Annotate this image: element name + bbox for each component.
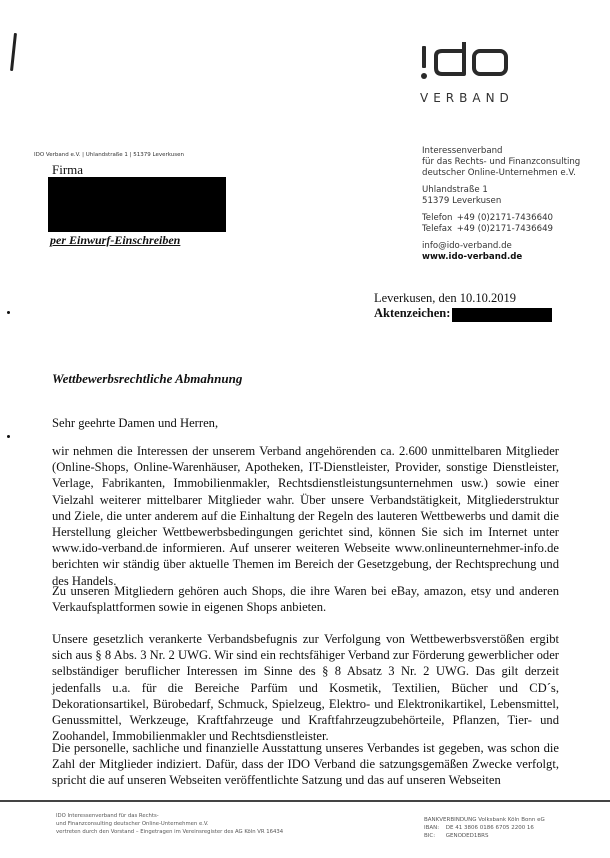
reference-label: Aktenzeichen: [374,306,450,321]
street: Uhlandstraße 1 [422,185,580,196]
org-line: deutscher Online-Unternehmen e.V. [422,168,580,179]
letterhead-contact: Interessenverband für das Rechts- und Fi… [422,146,580,263]
footer-divider [0,800,610,802]
city: 51379 Leverkusen [422,196,580,207]
date-line: Leverkusen, den 10.10.2019 [374,291,516,306]
phone-number: +49 (0)2171-7436640 [457,213,553,223]
paragraph: Unsere gesetzlich verankerte Verbandsbef… [52,631,559,744]
bank-row: BANKVERBINDUNG Volksbank Köln Bonn eG [424,816,545,824]
fax-label: Telefax [422,224,454,235]
bank-label: BANKVERBINDUNG [424,817,476,823]
email: info@ido-verband.de [422,241,580,252]
bank-name: Volksbank Köln Bonn eG [478,817,545,823]
paragraph: Die personelle, sachliche und finanziell… [52,740,559,789]
recipient-label: Firma [52,162,83,178]
org-line: für das Rechts- und Finanzconsulting [422,157,580,168]
redacted-recipient-address [48,177,226,232]
paragraph: wir nehmen die Interessen der unserem Ve… [52,443,559,589]
scan-dot [7,435,10,438]
bic-label: BIC: [424,832,444,840]
letter-subject: Wettbewerbsrechtliche Abmahnung [52,371,242,387]
logo-subtitle: VERBAND [420,91,540,105]
ido-logo-mark-icon [420,40,515,82]
paragraph: Zu unseren Mitgliedern gehören auch Shop… [52,583,559,615]
footer-org-info: IDO Interessenverband für das Rechts- un… [56,812,283,836]
website: www.ido-verband.de [422,252,580,263]
bic-row: BIC: GENODED1BRS [424,832,545,840]
iban-value: DE 41 3806 0186 6705 2200 16 [446,825,534,831]
phone-label: Telefon [422,213,454,224]
footer-line: IDO Interessenverband für das Rechts- [56,812,283,820]
scan-dot [7,311,10,314]
redacted-reference [452,308,552,322]
ido-logo: VERBAND [420,40,540,105]
footer-line: vertreten durch den Vorstand – Eingetrag… [56,828,283,836]
greeting: Sehr geehrte Damen und Herren, [52,415,559,431]
iban-row: IBAN: DE 41 3806 0186 6705 2200 16 [424,824,545,832]
phone-row: Telefon +49 (0)2171-7436640 [422,213,580,224]
scan-pen-mark [10,33,17,71]
iban-label: IBAN: [424,824,444,832]
fax-row: Telefax +49 (0)2171-7436649 [422,224,580,235]
sender-return-address: IDO Verband e.V. | Uhlandstraße 1 | 5137… [34,152,184,158]
footer-line: und Finanzconsulting deutscher Online-Un… [56,820,283,828]
footer-bank-info: BANKVERBINDUNG Volksbank Köln Bonn eG IB… [424,816,545,840]
fax-number: +49 (0)2171-7436649 [457,224,553,234]
delivery-method: per Einwurf-Einschreiben [50,233,180,248]
bic-value: GENODED1BRS [446,833,489,839]
org-line: Interessenverband [422,146,580,157]
